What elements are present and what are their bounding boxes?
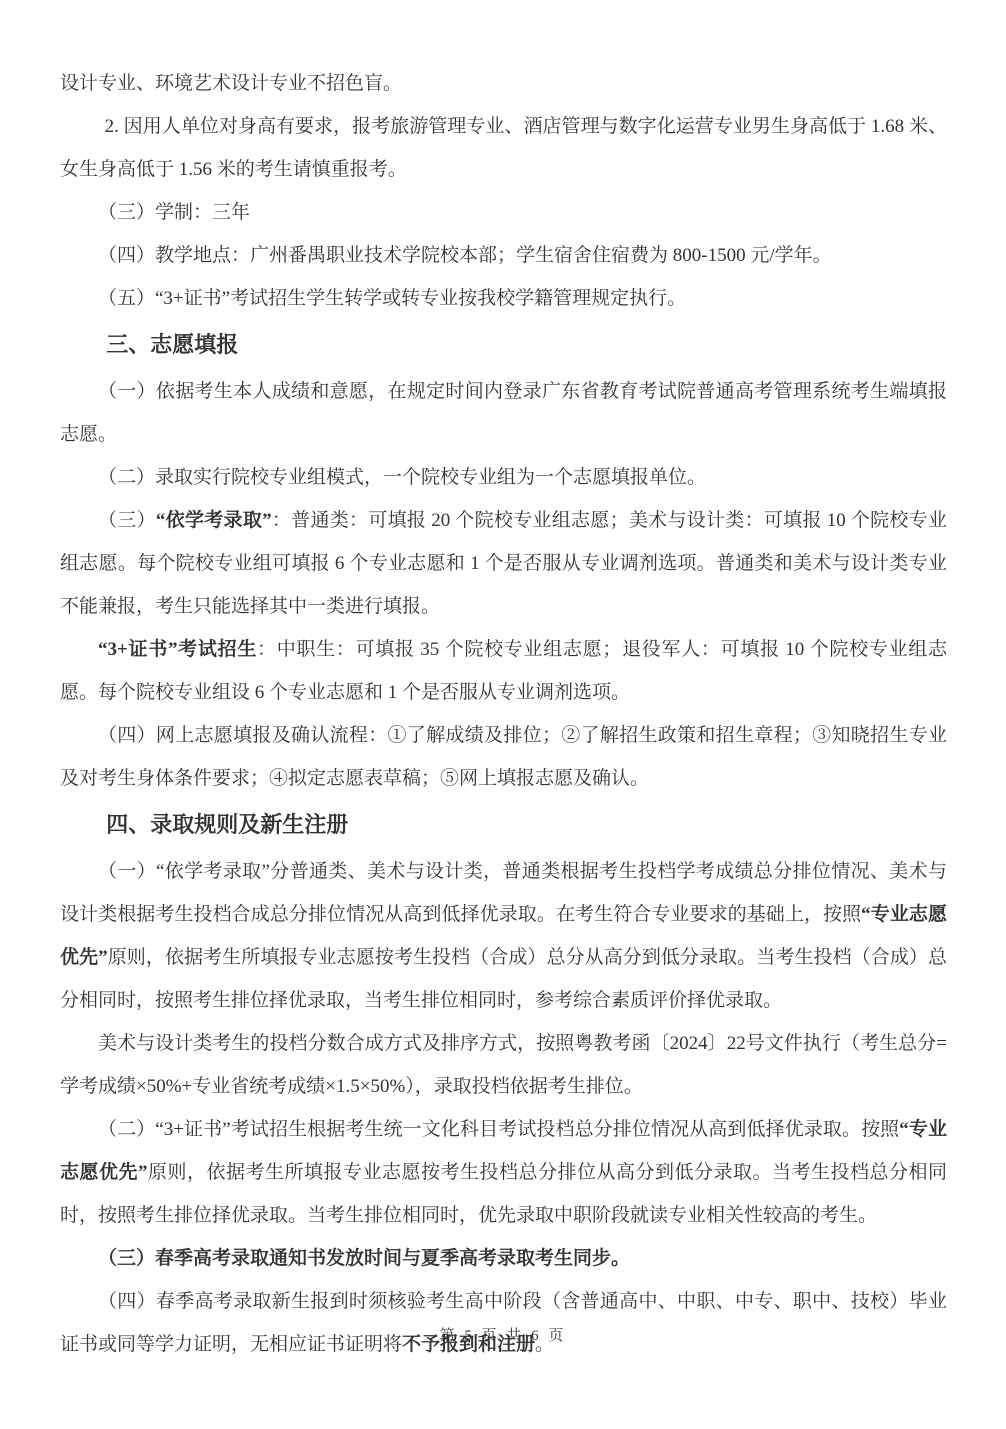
paragraph: （三）“依学考录取”：普通类：可填报 20 个院校专业组志愿；美术与设计类：可填… xyxy=(60,499,947,628)
text-run: 原则，依据考生所填报专业志愿按考生投档总分排位从高分到低分录取。当考生投档总分相… xyxy=(60,1162,947,1226)
paragraph: （三）学制：三年 xyxy=(60,191,947,234)
text-run: “依学考录取” xyxy=(156,510,272,531)
paragraph: （四）教学地点：广州番禺职业技术学院校本部；学生宿舍住宿费为 800-1500 … xyxy=(60,234,947,277)
paragraph: “3+证书”考试招生：中职生：可填报 35 个院校专业组志愿；退役军人：可填报 … xyxy=(60,628,947,714)
section-heading: 三、志愿填报 xyxy=(60,320,947,370)
paragraph: 美术与设计类考生的投档分数合成方式及排序方式，按照粤教考函〔2024〕22号文件… xyxy=(60,1022,947,1108)
paragraph: （四）春季高考录取新生报到时须核验考生高中阶段（含普通高中、中职、中专、职中、技… xyxy=(60,1280,947,1366)
paragraph: （二）录取实行院校专业组模式，一个院校专业组为一个志愿填报单位。 xyxy=(60,456,947,499)
text-run: （四）网上志愿填报及确认流程：①了解成绩及排位；②了解招生政策和招生章程；③知晓… xyxy=(60,725,947,789)
text-run: 美术与设计类考生的投档分数合成方式及排序方式，按照粤教考函〔2024〕22号文件… xyxy=(60,1033,947,1097)
document-body: 设计专业、环境艺术设计专业不招色盲。2. 因用人单位对身高有要求，报考旅游管理专… xyxy=(0,0,1006,1366)
text-run: （三）春季高考录取通知书发放时间与夏季高考录取考生同步。 xyxy=(98,1248,630,1269)
text-run: 2. 因用人单位对身高有要求，报考旅游管理专业、酒店管理与数字化运营专业男生身高… xyxy=(60,116,947,180)
text-run: “3+证书”考试招生 xyxy=(98,639,257,660)
paragraph: （一）“依学考录取”分普通类、美术与设计类，普通类根据考生投档学考成绩总分排位情… xyxy=(60,850,947,1022)
text-run: 四、录取规则及新生注册 xyxy=(106,812,348,837)
paragraph: （三）春季高考录取通知书发放时间与夏季高考录取考生同步。 xyxy=(60,1237,947,1280)
text-run: （一）“依学考录取”分普通类、美术与设计类，普通类根据考生投档学考成绩总分排位情… xyxy=(60,861,947,925)
paragraph: （二）“3+证书”考试招生根据考生统一文化科目考试投档总分排位情况从高到低择优录… xyxy=(60,1108,947,1237)
text-run: （五）“3+证书”考试招生学生转学或转专业按我校学籍管理规定执行。 xyxy=(98,288,686,309)
text-run: 三、志愿填报 xyxy=(106,332,238,357)
paragraph: 2. 因用人单位对身高有要求，报考旅游管理专业、酒店管理与数字化运营专业男生身高… xyxy=(60,105,947,191)
paragraph: 设计专业、环境艺术设计专业不招色盲。 xyxy=(60,62,947,105)
page-footer: 第 5 页 共 6 页 xyxy=(0,1324,1006,1345)
text-run: 设计专业、环境艺术设计专业不招色盲。 xyxy=(60,73,402,94)
text-run: （四）教学地点：广州番禺职业技术学院校本部；学生宿舍住宿费为 800-1500 … xyxy=(98,245,832,266)
text-run: （三） xyxy=(98,510,156,531)
text-run: （二）录取实行院校专业组模式，一个院校专业组为一个志愿填报单位。 xyxy=(98,467,706,488)
document-page: 设计专业、环境艺术设计专业不招色盲。2. 因用人单位对身高有要求，报考旅游管理专… xyxy=(0,0,1006,1429)
paragraph: （一）依据考生本人成绩和意愿，在规定时间内登录广东省教育考试院普通高考管理系统考… xyxy=(60,370,947,456)
paragraph: （五）“3+证书”考试招生学生转学或转专业按我校学籍管理规定执行。 xyxy=(60,277,947,320)
paragraph: （四）网上志愿填报及确认流程：①了解成绩及排位；②了解招生政策和招生章程；③知晓… xyxy=(60,714,947,800)
page-number: 第 5 页 共 6 页 xyxy=(440,1328,567,1344)
text-run: （三）学制：三年 xyxy=(98,202,250,223)
section-heading: 四、录取规则及新生注册 xyxy=(60,800,947,850)
text-run: （二）“3+证书”考试招生根据考生统一文化科目考试投档总分排位情况从高到低择优录… xyxy=(98,1119,899,1140)
text-run: （一）依据考生本人成绩和意愿，在规定时间内登录广东省教育考试院普通高考管理系统考… xyxy=(60,381,947,445)
text-run: 原则，依据考生所填报专业志愿按考生投档（合成）总分从高分到低分录取。当考生投档（… xyxy=(60,947,947,1011)
